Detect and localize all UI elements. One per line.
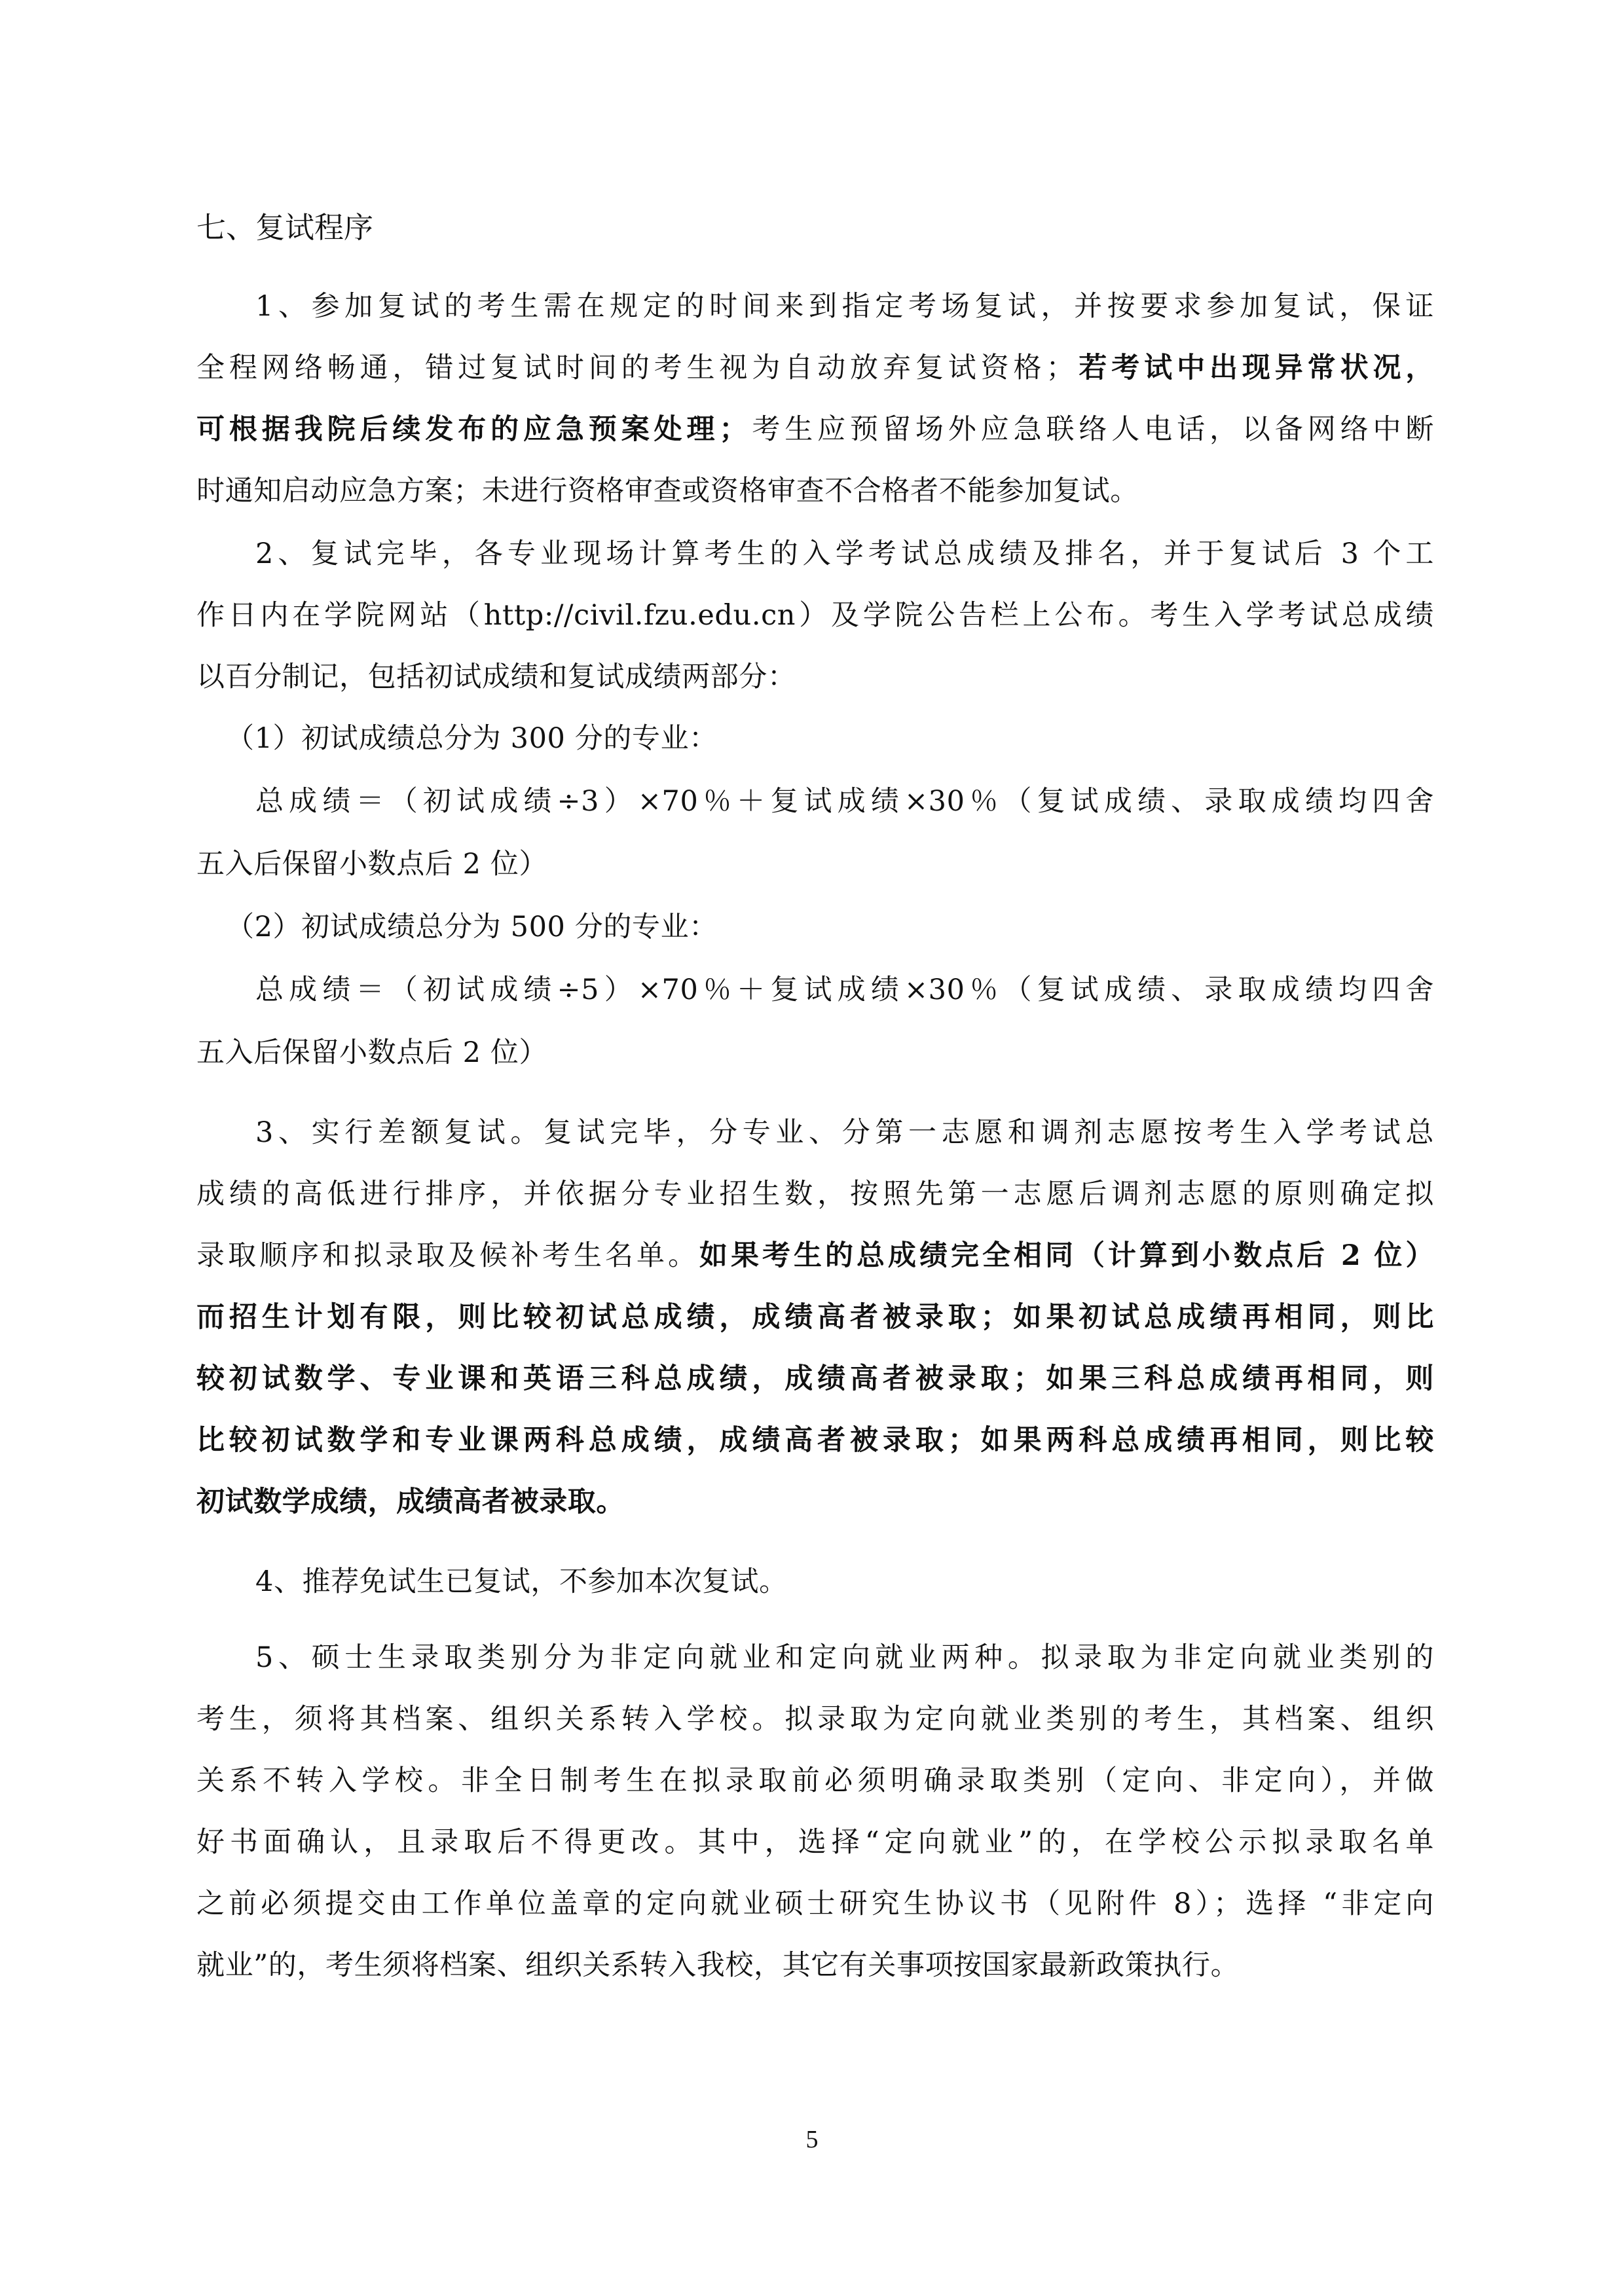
section-heading: 七、复试程序 xyxy=(196,208,373,247)
paragraph-line: 可根据我院后续发布的应急预案处理；考生应预留场外应急联络人电话，以备网络中断 xyxy=(196,410,1434,449)
text-run: 考生应预留场外应急联络人电话，以备网络中断 xyxy=(748,413,1434,446)
paragraph-line: 好书面确认，且录取后不得更改。其中，选择“定向就业”的，在学校公示拟录取名单 xyxy=(196,1823,1434,1862)
paragraph-line: 时通知启动应急方案；未进行资格审查或资格审查不合格者不能参加复试。 xyxy=(196,471,1434,511)
formula-line: 总成绩＝（初试成绩÷3）×70％＋复试成绩×30％（复试成绩、录取成绩均四舍 xyxy=(255,782,1434,821)
paragraph-line: 初试数学成绩，成绩高者被录取。 xyxy=(196,1482,1434,1522)
paragraph-line: 4、推荐免试生已复试，不参加本次复试。 xyxy=(255,1562,1434,1601)
bold-text-run: 若考试中出现异常状况， xyxy=(1075,352,1434,384)
paragraph-line: 以百分制记，包括初试成绩和复试成绩两部分： xyxy=(196,657,1434,697)
paragraph-line: 比较初试数学和专业课两科总成绩，成绩高者被录取；如果两科总成绩再相同，则比较 xyxy=(196,1421,1434,1460)
text-run: 录取顺序和拟录取及候补考生名单。 xyxy=(196,1239,699,1272)
paragraph-line: 录取顺序和拟录取及候补考生名单。如果考生的总成绩完全相同（计算到小数点后 2 位… xyxy=(196,1236,1434,1275)
paragraph-line: 而招生计划有限，则比较初试总成绩，成绩高者被录取；如果初试总成绩再相同，则比 xyxy=(196,1298,1434,1337)
document-page: 七、复试程序 1、参加复试的考生需在规定的时间来到指定考场复试，并按要求参加复试… xyxy=(0,0,1624,2296)
paragraph-line: 考生，须将其档案、组织关系转入学校。拟录取为定向就业类别的考生，其档案、组织 xyxy=(196,1700,1434,1739)
bold-text-run: 可根据我院后续发布的应急预案处理； xyxy=(196,413,748,446)
paragraph-line: 作日内在学院网站（http://civil.fzu.edu.cn）及学院公告栏上… xyxy=(196,596,1434,635)
paragraph-line: 之前必须提交由工作单位盖章的定向就业硕士研究生协议书（见附件 8）；选择 “非定… xyxy=(196,1884,1434,1923)
list-item-label: （2）初试成绩总分为 500 分的专业： xyxy=(226,907,1434,947)
formula-line: 总成绩＝（初试成绩÷5）×70％＋复试成绩×30％（复试成绩、录取成绩均四舍 xyxy=(255,970,1434,1010)
formula-line: 五入后保留小数点后 2 位） xyxy=(196,1033,1434,1072)
paragraph-line: 就业”的，考生须将档案、组织关系转入我校，其它有关事项按国家最新政策执行。 xyxy=(196,1946,1434,1985)
paragraph-line: 2、复试完毕，各专业现场计算考生的入学考试总成绩及排名，并于复试后 3 个工 xyxy=(255,534,1434,574)
paragraph-line: 关系不转入学校。非全日制考生在拟录取前必须明确录取类别（定向、非定向），并做 xyxy=(196,1761,1434,1800)
text-run: 全程网络畅通，错过复试时间的考生视为自动放弃复试资格； xyxy=(196,352,1075,384)
paragraph-line: 成绩的高低进行排序，并依据分专业招生数，按照先第一志愿后调剂志愿的原则确定拟 xyxy=(196,1175,1434,1214)
page-number: 5 xyxy=(0,2126,1624,2153)
paragraph-line: 3、实行差额复试。复试完毕，分专业、分第一志愿和调剂志愿按考生入学考试总 xyxy=(255,1113,1434,1152)
paragraph-line: 较初试数学、专业课和英语三科总成绩，成绩高者被录取；如果三科总成绩再相同，则 xyxy=(196,1359,1434,1398)
formula-line: 五入后保留小数点后 2 位） xyxy=(196,845,1434,884)
list-item-label: （1）初试成绩总分为 300 分的专业： xyxy=(226,719,1434,758)
paragraph-line: 1、参加复试的考生需在规定的时间来到指定考场复试，并按要求参加复试，保证 xyxy=(255,287,1434,326)
paragraph-line: 5、硕士生录取类别分为非定向就业和定向就业两种。拟录取为非定向就业类别的 xyxy=(255,1638,1434,1677)
bold-text-run: 如果考生的总成绩完全相同（计算到小数点后 2 位） xyxy=(699,1239,1434,1272)
paragraph-line: 全程网络畅通，错过复试时间的考生视为自动放弃复试资格；若考试中出现异常状况， xyxy=(196,348,1434,388)
